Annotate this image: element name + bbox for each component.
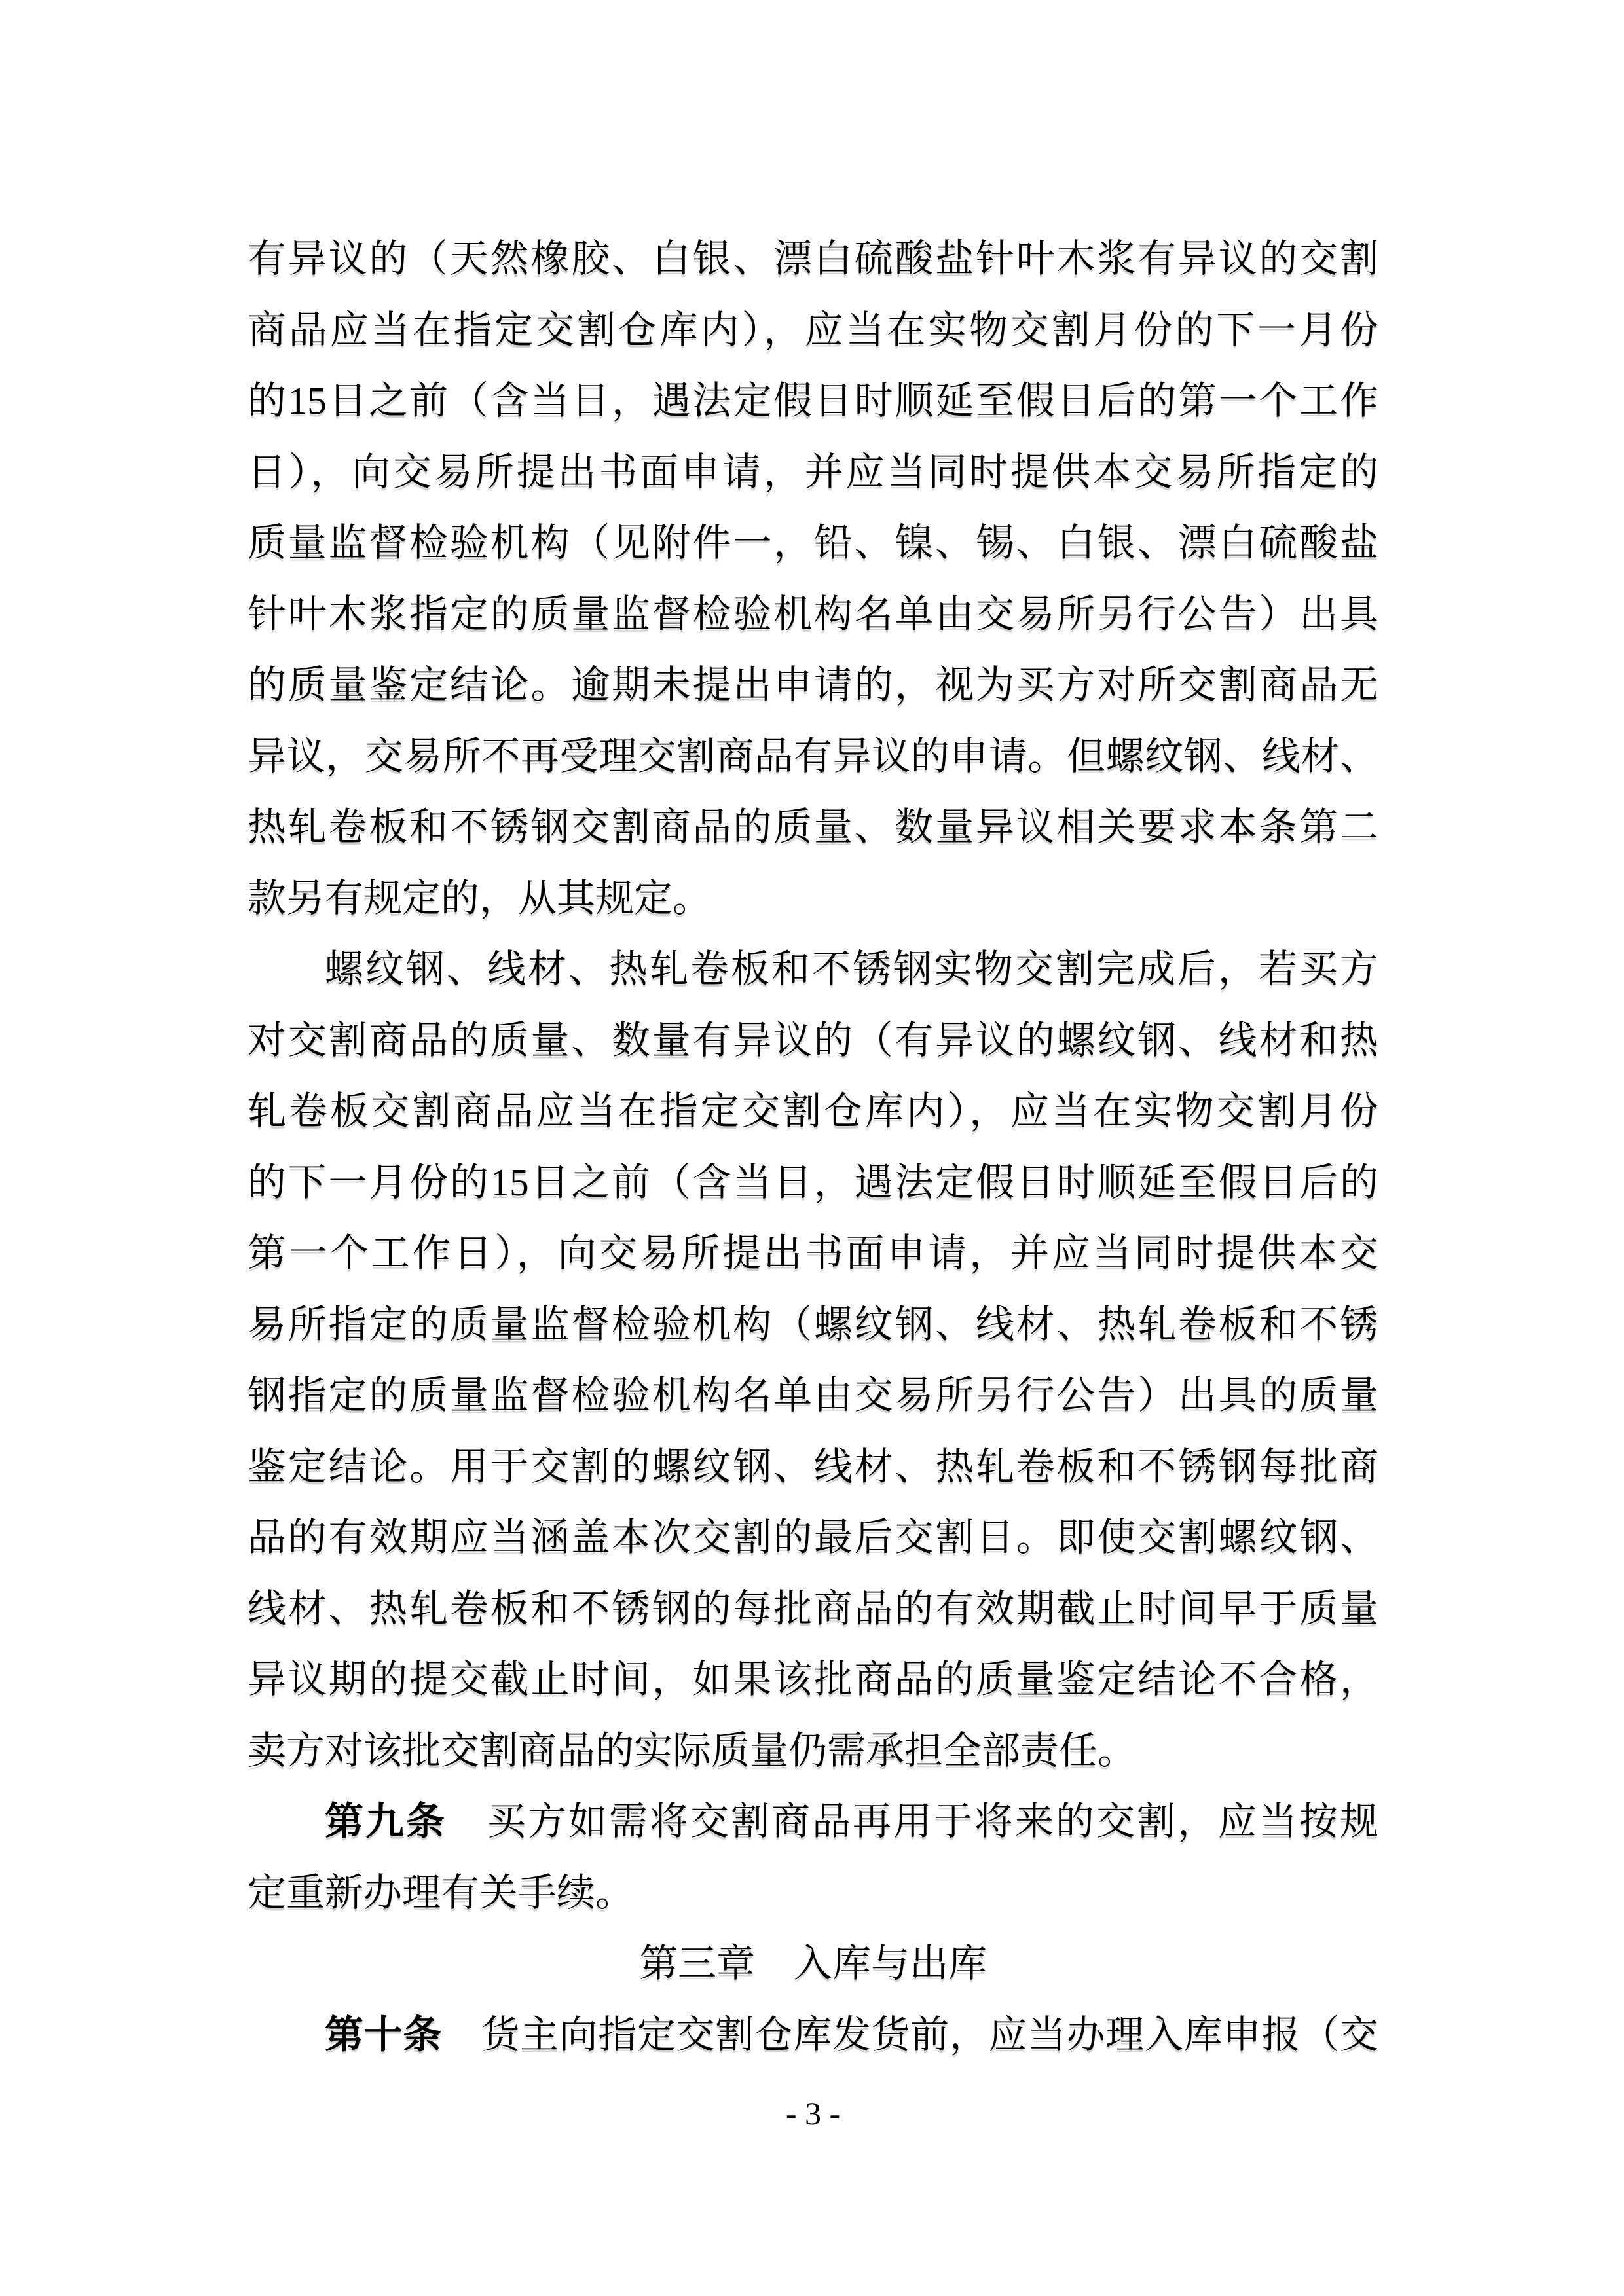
text-segment: 买方如需将交割商品再用于将来的交割，应当按规 [447, 1800, 1378, 1843]
text-line: 质量监督检验机构（见附件一，铅、镍、锡、白银、漂白硫酸盐 [248, 507, 1378, 579]
text-line: 针叶木浆指定的质量监督检验机构名单由交易所另行公告）出具 [248, 579, 1378, 650]
text-segment: 第三章 入库与出库 [639, 1942, 987, 1985]
text-segment: 货主向指定交割仓库发货前，应当办理入库申报（交 [442, 2013, 1378, 2056]
text-segment: 钢指定的质量监督检验机构名单由交易所另行公告）出具的质量 [248, 1374, 1378, 1417]
article-number: 第十条 [325, 2013, 442, 2056]
text-line: 品的有效期应当涵盖本次交割的最后交割日。即使交割螺纹钢、 [248, 1502, 1378, 1573]
text-segment: 款另有规定的，从其规定。 [248, 877, 711, 920]
text-line: 卖方对该批交割商品的实际质量仍需承担全部责任。 [248, 1715, 1378, 1787]
chapter-heading: 第三章 入库与出库 [248, 1928, 1378, 1999]
text-line: 热轧卷板和不锈钢交割商品的质量、数量异议相关要求本条第二 [248, 792, 1378, 863]
text-segment: 针叶木浆指定的质量监督检验机构名单由交易所另行公告）出具 [248, 592, 1378, 636]
text-line: 异议，交易所不再受理交割商品有异议的申请。但螺纹钢、线材、 [248, 721, 1378, 792]
text-line: 鉴定结论。用于交割的螺纹钢、线材、热轧卷板和不锈钢每批商 [248, 1431, 1378, 1503]
text-line: 商品应当在指定交割仓库内），应当在实物交割月份的下一月份 [248, 295, 1378, 366]
document-body: 有异议的（天然橡胶、白银、漂白硫酸盐针叶木浆有异议的交割商品应当在指定交割仓库内… [248, 223, 1378, 2070]
text-line: 钢指定的质量监督检验机构名单由交易所另行公告）出具的质量 [248, 1360, 1378, 1431]
text-line: 款另有规定的，从其规定。 [248, 863, 1378, 934]
text-segment: 异议期的提交截止时间，如果该批商品的质量鉴定结论不合格， [248, 1658, 1378, 1701]
text-line: 第九条 买方如需将交割商品再用于将来的交割，应当按规 [248, 1786, 1378, 1857]
text-segment: 螺纹钢、线材、热轧卷板和不锈钢实物交割完成后，若买方 [325, 947, 1378, 991]
text-segment: 的质量鉴定结论。逾期未提出申请的，视为买方对所交割商品无 [248, 663, 1378, 706]
text-segment: 卖方对该批交割商品的实际质量仍需承担全部责任。 [248, 1729, 1136, 1772]
text-line: 的质量鉴定结论。逾期未提出申请的，视为买方对所交割商品无 [248, 649, 1378, 721]
text-segment: 有异议的（天然橡胶、白银、漂白硫酸盐针叶木浆有异议的交割 [248, 237, 1378, 280]
text-line: 的下一月份的15日之前（含当日，遇法定假日时顺延至假日后的 [248, 1147, 1378, 1218]
text-segment: 的下一月份的15日之前（含当日，遇法定假日时顺延至假日后的 [248, 1161, 1378, 1204]
text-line: 定重新办理有关手续。 [248, 1857, 1378, 1929]
text-segment: 商品应当在指定交割仓库内），应当在实物交割月份的下一月份 [248, 308, 1378, 352]
text-segment: 品的有效期应当涵盖本次交割的最后交割日。即使交割螺纹钢、 [248, 1516, 1378, 1559]
text-line: 日），向交易所提出书面申请，并应当同时提供本交易所指定的 [248, 437, 1378, 508]
document-page: 有异议的（天然橡胶、白银、漂白硫酸盐针叶木浆有异议的交割商品应当在指定交割仓库内… [0, 0, 1624, 2296]
text-line: 螺纹钢、线材、热轧卷板和不锈钢实物交割完成后，若买方 [248, 934, 1378, 1005]
text-line: 第一个工作日），向交易所提出书面申请，并应当同时提供本交 [248, 1218, 1378, 1289]
text-segment: 易所指定的质量监督检验机构（螺纹钢、线材、热轧卷板和不锈 [248, 1303, 1378, 1346]
text-line: 的15日之前（含当日，遇法定假日时顺延至假日后的第一个工作 [248, 365, 1378, 437]
text-line: 第十条 货主向指定交割仓库发货前，应当办理入库申报（交 [248, 1999, 1378, 2071]
text-segment: 日），向交易所提出书面申请，并应当同时提供本交易所指定的 [248, 450, 1378, 494]
text-segment: 定重新办理有关手续。 [248, 1871, 634, 1914]
text-line: 有异议的（天然橡胶、白银、漂白硫酸盐针叶木浆有异议的交割 [248, 223, 1378, 295]
text-segment: 质量监督检验机构（见附件一，铅、镍、锡、白银、漂白硫酸盐 [248, 521, 1378, 564]
text-segment: 轧卷板交割商品应当在指定交割仓库内），应当在实物交割月份 [248, 1089, 1378, 1133]
page-number: - 3 - [248, 2095, 1378, 2132]
article-number: 第九条 [325, 1800, 447, 1843]
text-segment: 对交割商品的质量、数量有异议的（有异议的螺纹钢、线材和热 [248, 1019, 1378, 1062]
text-line: 轧卷板交割商品应当在指定交割仓库内），应当在实物交割月份 [248, 1076, 1378, 1147]
text-segment: 鉴定结论。用于交割的螺纹钢、线材、热轧卷板和不锈钢每批商 [248, 1445, 1378, 1488]
text-segment: 线材、热轧卷板和不锈钢的每批商品的有效期截止时间早于质量 [248, 1587, 1378, 1630]
text-segment: 异议，交易所不再受理交割商品有异议的申请。但螺纹钢、线材、 [248, 735, 1378, 778]
text-segment: 的15日之前（含当日，遇法定假日时顺延至假日后的第一个工作 [248, 379, 1378, 422]
text-line: 线材、热轧卷板和不锈钢的每批商品的有效期截止时间早于质量 [248, 1573, 1378, 1645]
text-line: 异议期的提交截止时间，如果该批商品的质量鉴定结论不合格， [248, 1644, 1378, 1715]
text-line: 对交割商品的质量、数量有异议的（有异议的螺纹钢、线材和热 [248, 1005, 1378, 1076]
text-line: 易所指定的质量监督检验机构（螺纹钢、线材、热轧卷板和不锈 [248, 1289, 1378, 1360]
text-segment: 热轧卷板和不锈钢交割商品的质量、数量异议相关要求本条第二 [248, 805, 1378, 848]
text-segment: 第一个工作日），向交易所提出书面申请，并应当同时提供本交 [248, 1231, 1378, 1275]
